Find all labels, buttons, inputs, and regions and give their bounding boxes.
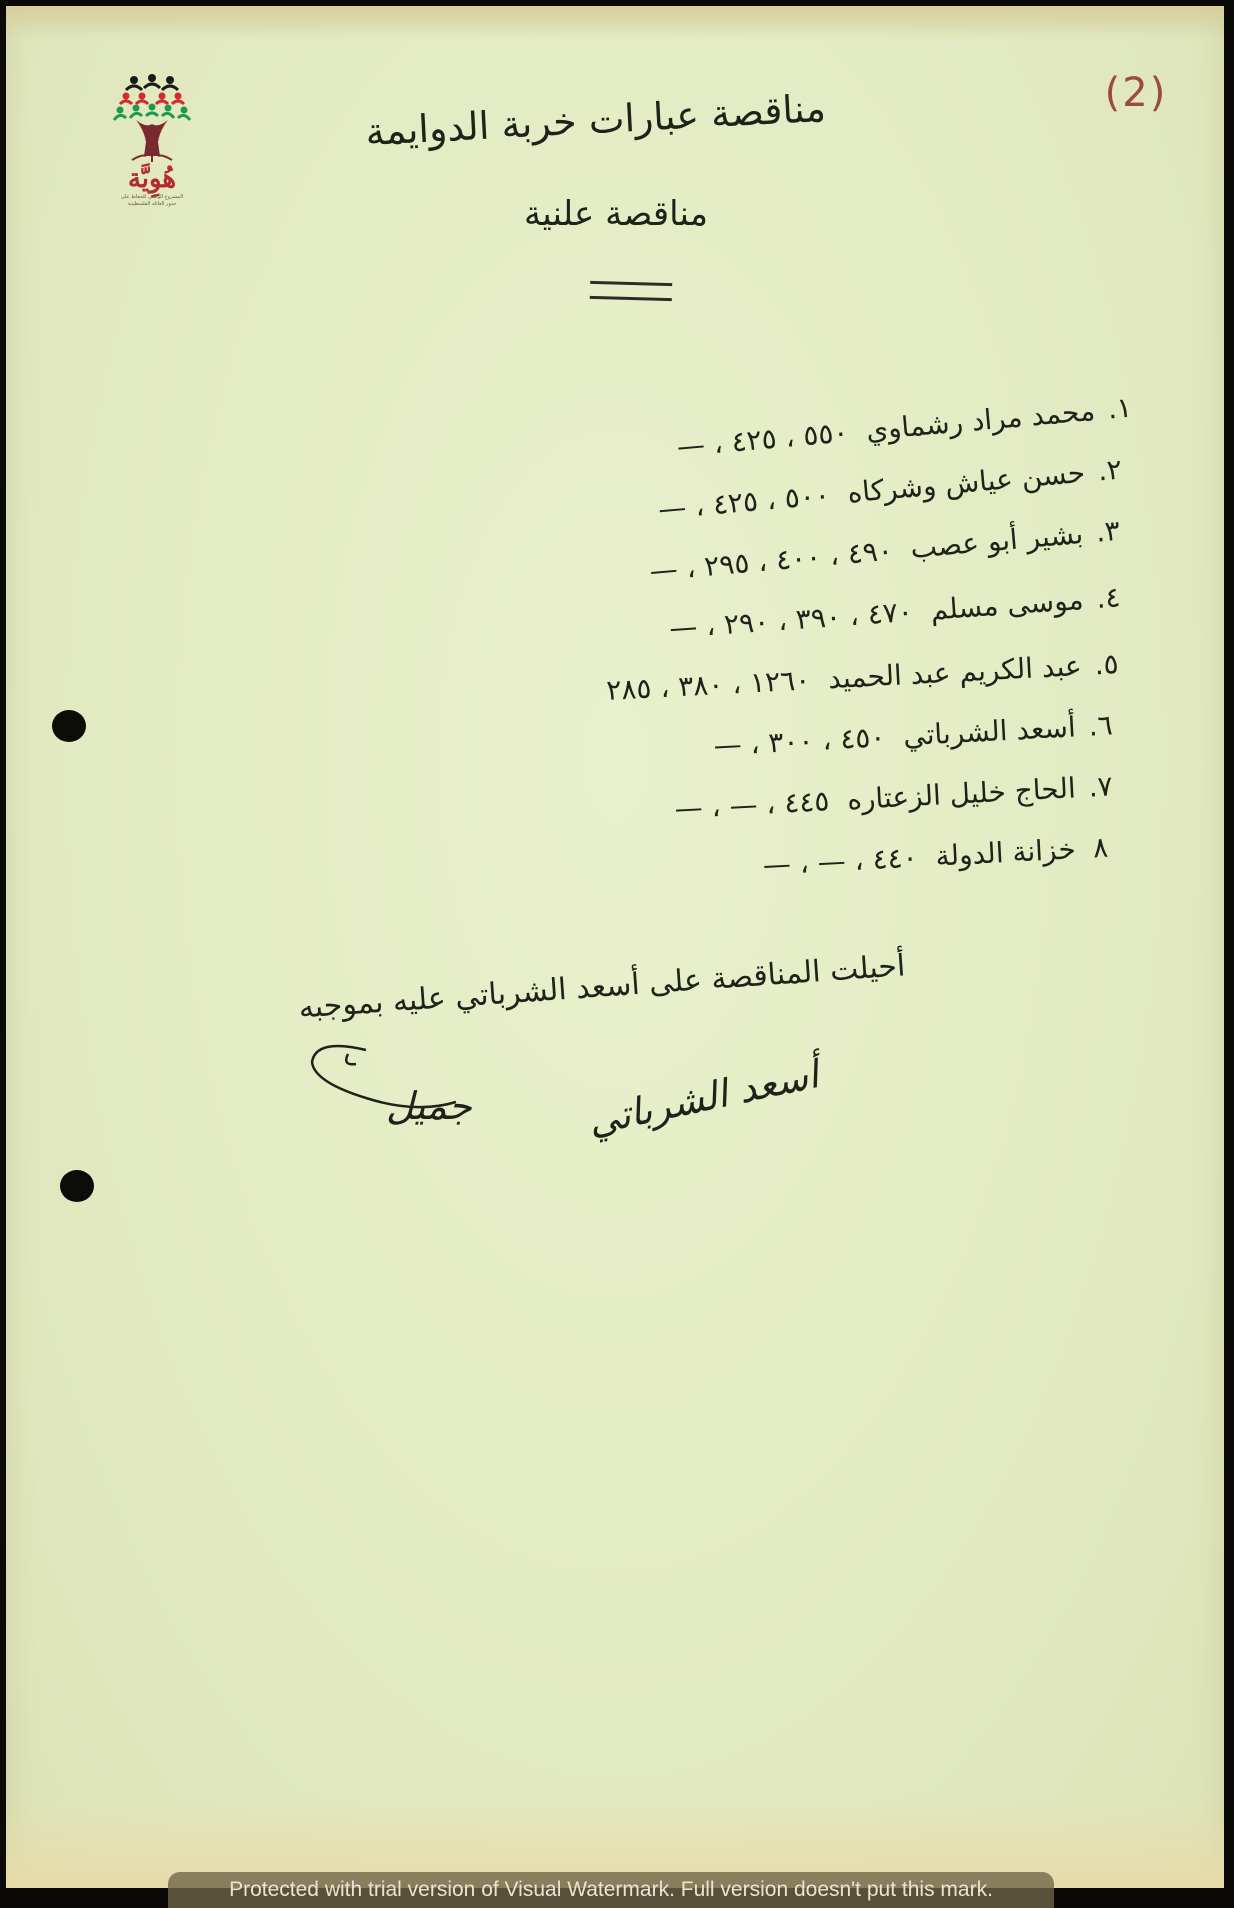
- signature-left-text: جميل: [386, 1084, 472, 1128]
- logo-caption-line-2: جذور العائلة الفلسطينية: [102, 201, 202, 208]
- bidder-name: بشير أبو عصب: [909, 517, 1084, 565]
- signature-right-text: أسعد الشرباتي: [584, 1052, 822, 1144]
- family-tree-icon: [112, 72, 192, 162]
- signature-left: جميل: [306, 1042, 516, 1156]
- bid-number: ٤.: [1082, 579, 1134, 615]
- signature-right: أسعد الشرباتي: [586, 1076, 820, 1120]
- bid-number: ٧.: [1075, 769, 1127, 805]
- award-note: أحيلت المناقصة على أسعد الشرباتي عليه بم…: [226, 948, 907, 1030]
- logo-wordmark: هُوِيَّة: [102, 164, 202, 194]
- bid-prices: ٥٥٠ ، ٤٢٥ ، —: [675, 415, 849, 463]
- bid-prices: ٤٩٠ ، ٤٠٠ ، ٢٩٥ ، —: [648, 534, 894, 588]
- document-title: مناقصة عبارات خربة الدوايمة: [365, 86, 827, 154]
- bid-number: ٦.: [1075, 708, 1127, 744]
- bid-number: ٥.: [1081, 646, 1133, 682]
- bid-number: ٨: [1075, 830, 1127, 866]
- bidder-name: محمد مراد رشماوي: [865, 394, 1097, 447]
- bid-prices: ٤٤٠ ، — ، —: [762, 841, 918, 882]
- bidder-name: أسعد الشرباتي: [902, 710, 1076, 752]
- bidder-name: حسن عياش وشركاه: [846, 456, 1086, 510]
- document-subtitle: مناقصة علنية: [476, 194, 756, 234]
- punch-hole: [52, 710, 86, 742]
- bid-prices: ٤٥٠ ، ٣٠٠ ، —: [713, 720, 886, 762]
- scanned-document-page: هُوِيَّة المشروع الوطني للحفاظ على جذور …: [6, 6, 1224, 1888]
- title-double-underline: [590, 281, 672, 301]
- bid-list: ١. محمد مراد رشماوي ٥٥٠ ، ٤٢٥ ، — ٢. حسن…: [446, 406, 1146, 894]
- bid-number: ١.: [1093, 390, 1146, 427]
- logo-caption-line-1: المشروع الوطني للحفاظ على: [102, 194, 202, 201]
- bidder-name: عبد الكريم عبد الحميد: [827, 649, 1082, 695]
- bidder-name: خزانة الدولة: [935, 832, 1077, 872]
- bid-prices: ٤٤٥ ، — ، —: [674, 784, 830, 825]
- hawiya-logo: هُوِيَّة المشروع الوطني للحفاظ على جذور …: [102, 72, 202, 208]
- bidder-name: موسى مسلم: [929, 583, 1084, 627]
- bid-number: ٢.: [1083, 451, 1136, 488]
- punch-hole: [60, 1170, 94, 1202]
- bid-number: ٣.: [1081, 513, 1134, 550]
- bidder-name: الحاج خليل الزعتاره: [846, 771, 1076, 816]
- bid-prices: ١٢٦٠ ، ٣٨٠ ، ٢٨٥: [606, 663, 812, 707]
- page-number: (2): [1096, 58, 1176, 128]
- watermark-banner: Protected with trial version of Visual W…: [168, 1872, 1054, 1908]
- bid-prices: ٤٧٠ ، ٣٩٠ ، ٢٩٠ ، —: [668, 595, 914, 645]
- bid-prices: ٥٠٠ ، ٤٢٥ ، —: [657, 478, 831, 526]
